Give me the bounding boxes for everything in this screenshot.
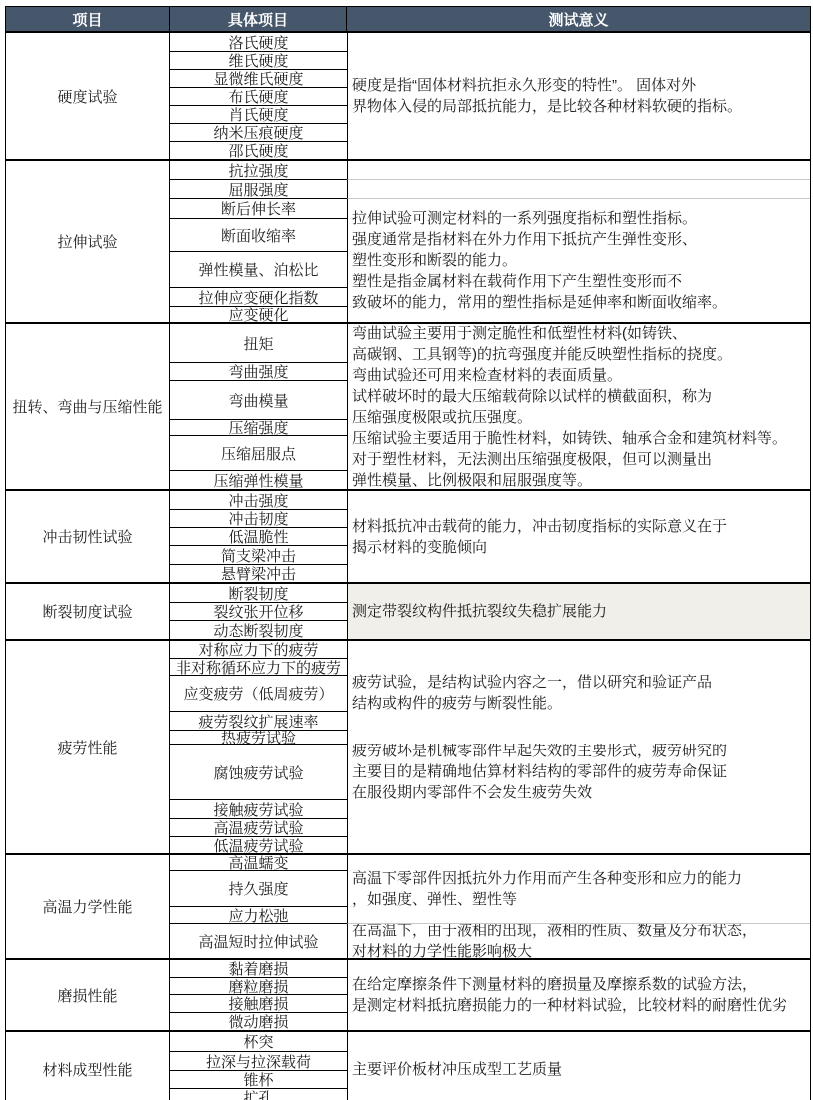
spec-item-cell: 扩孔 [170,1088,347,1100]
meaning-line: 在给定摩擦条件下测量材料的磨损量及摩擦系数的试验方法， [352,974,757,995]
header-cell-test-significance: 测试意义 [347,7,810,31]
spec-item-cell: 悬臂梁冲击 [170,564,347,582]
meaning-cell: 疲劳破坏是机械零部件早起失效的主要形式，疲劳研究的主要目的是精确地估算材料结构的… [347,744,810,799]
meaning-line: 材料抵抗冲击载荷的能力，冲击韧度指标的实际意义在于 [352,516,727,537]
meaning-line: 在服役期内零部件不会发生疲劳失效 [352,782,592,799]
spec-item-cell: 磨粒磨损 [170,977,347,994]
spec-item-cell: 断裂韧度 [170,584,347,602]
meaning-cell [347,799,810,853]
meaning-line: 致破坏的能力，常用的塑性指标是延伸率和断面收缩率。 [352,292,727,313]
spec-item-cell: 压缩弹性模量 [170,470,347,489]
meaning-line: 界物体入侵的局部抵抗能力，是比较各种材料软硬的指标。 [352,96,742,117]
spec-item-cell: 高温蠕变 [170,855,347,870]
spec-item-cell: 接触疲劳试验 [170,799,347,818]
table-header: 项目 具体项目 测试意义 [6,7,810,33]
meaning-cell: 测定带裂纹构件抵抗裂纹失稳扩展能力 [347,584,810,639]
meaning-line: 主要评价板材冲压成型工艺质量 [352,1059,562,1080]
table-section: 拉伸试验抗拉强度屈服强度断后伸长率断面收缩率弹性模量、泊松比拉伸应变硬化指数应变… [6,159,810,322]
spec-item-cell: 布氏硬度 [170,87,347,105]
meaning-line: 是测定材料抵抗磨损能力的一种材料试验，比较材料的耐磨性优劣 [352,995,787,1016]
spec-item-cell: 屈服强度 [170,179,347,198]
spec-item-cell: 拉深与拉深载荷 [170,1051,347,1070]
header-cell-project: 项目 [6,7,170,31]
meaning-line: 疲劳破坏是机械零部件早起失效的主要形式，疲劳研究的 [352,744,727,761]
meaning-line: 揭示材料的变脆倾向 [352,537,487,558]
meaning-line: 弯曲试验主要用于测定脆性和低塑性材料(如铸铁、 [352,324,687,344]
category-cell: 断裂韧度试验 [6,584,170,639]
meaning-line: ，如强度、弹性、塑性等 [352,889,517,910]
spec-item-cell: 微动磨损 [170,1012,347,1030]
spec-item-cell: 断后伸长率 [170,198,347,218]
meaning-cell: 高温下零部件因抵抗外力作用而产生各种变形和应力的能力，如强度、弹性、塑性等 [347,855,810,923]
category-cell: 扭转、弯曲与压缩性能 [6,324,170,489]
table-section: 断裂韧度试验断裂韧度裂纹张开位移动态断裂韧度测定带裂纹构件抵抗裂纹失稳扩展能力 [6,582,810,639]
category-cell: 硬度试验 [6,33,170,159]
spec-item-cell: 接触磨损 [170,994,347,1012]
spec-item-cell: 低温脆性 [170,527,347,545]
category-cell: 材料成型性能 [6,1032,170,1100]
meaning-line: 高碳钢、工具钢等)的抗弯强度并能反映塑性指标的挠度。 [352,344,732,365]
spec-item-cell: 抗拉强度 [170,161,347,179]
table-section: 疲劳性能对称应力下的疲劳非对称循环应力下的疲劳应变疲劳（低周疲劳）疲劳裂纹扩展速… [6,639,810,853]
meaning-line: 拉伸试验可测定材料的一系列强度指标和塑性指标。 [352,208,697,229]
spec-item-cell: 压缩强度 [170,419,347,435]
spec-item-cell: 对称应力下的疲劳 [170,641,347,658]
meaning-line: 在高温下，由于液相的出现，液相的性质、数量及分布状态， [352,923,757,941]
spec-item-cell: 低温疲劳试验 [170,836,347,853]
spec-item-cell: 黏着磨损 [170,960,347,977]
spec-item-cell: 锥杯 [170,1070,347,1088]
category-cell: 冲击韧性试验 [6,491,170,582]
meaning-line: 主要目的是精确地估算材料结构的零部件的疲劳寿命保证 [352,761,727,782]
category-cell: 疲劳性能 [6,641,170,853]
meaning-cell [347,161,810,179]
spec-item-cell: 疲劳裂纹扩展速率 [170,711,347,730]
meaning-line: 塑性是指金属材料在载荷作用下产生塑性变形而不 [352,271,682,292]
spec-item-cell: 腐蚀疲劳试验 [170,744,347,799]
table-section: 硬度试验洛氏硬度维氏硬度显微维氏硬度布氏硬度肖氏硬度纳米压痕硬度邵氏硬度硬度是指… [6,33,810,159]
spec-item-cell: 应变硬化 [170,306,347,322]
meaning-cell: 在给定摩擦条件下测量材料的磨损量及摩擦系数的试验方法，是测定材料抵抗磨损能力的一… [347,960,810,1030]
spec-item-cell: 冲击强度 [170,491,347,509]
meaning-line: 对材料的力学性能影响极大 [352,941,532,958]
table-section: 高温力学性能高温蠕变持久强度应力松弛高温短时拉伸试验高温下零部件因抵抗外力作用而… [6,853,810,958]
meaning-cell: 疲劳试验，是结构试验内容之一，借以研究和验证产品结构或构件的疲劳与断裂性能。 [347,641,810,744]
material-testing-sheet: 项目 具体项目 测试意义 硬度试验洛氏硬度维氏硬度显微维氏硬度布氏硬度肖氏硬度纳… [0,0,813,1100]
table-section: 冲击韧性试验冲击强度冲击韧度低温脆性简支梁冲击悬臂梁冲击材料抵抗冲击载荷的能力，… [6,489,810,582]
spec-item-cell: 杯突 [170,1032,347,1051]
meaning-line: 硬度是指“固体材料抗拒永久形变的特性”。 固体对外 [352,75,696,96]
spec-item-cell: 持久强度 [170,870,347,906]
meaning-cell: 主要评价板材冲压成型工艺质量 [347,1032,810,1100]
spec-item-cell: 高温疲劳试验 [170,818,347,836]
meaning-line: 塑性变形和断裂的能力。 [352,250,517,271]
spec-item-cell: 邵氏硬度 [170,141,347,159]
spec-item-cell: 洛氏硬度 [170,33,347,51]
spec-item-cell: 应力松弛 [170,906,347,923]
meaning-line: 高温下零部件因抵抗外力作用而产生各种变形和应力的能力 [352,868,742,889]
category-cell: 高温力学性能 [6,855,170,958]
spec-item-cell: 简支梁冲击 [170,545,347,564]
spec-item-cell: 弯曲模量 [170,380,347,419]
meaning-cell: 硬度是指“固体材料抗拒永久形变的特性”。 固体对外界物体入侵的局部抵抗能力，是比… [347,33,810,159]
meaning-line: 测定带裂纹构件抵抗裂纹失稳扩展能力 [352,601,607,622]
meaning-cell: 拉伸试验可测定材料的一系列强度指标和塑性指标。强度通常是指材料在外力作用下抵抗产… [347,198,810,322]
meaning-line: 疲劳试验，是结构试验内容之一，借以研究和验证产品 [352,672,712,693]
meaning-line: 强度通常是指材料在外力作用下抵抗产生弹性变形、 [352,229,697,250]
meaning-cell [347,179,810,198]
meaning-line: 弹性模量、比例极限和屈服强度等。 [352,470,592,490]
spec-item-cell: 应变疲劳（低周疲劳） [170,675,347,711]
header-cell-specific-items: 具体项目 [170,7,347,31]
spec-item-cell: 裂纹张开位移 [170,602,347,620]
meaning-line: 结构或构件的疲劳与断裂性能。 [352,693,562,714]
spec-item-cell: 拉伸应变硬化指数 [170,287,347,306]
spec-item-cell: 显微维氏硬度 [170,69,347,87]
spec-item-cell: 热疲劳试验 [170,730,347,744]
spec-item-cell: 压缩屈服点 [170,435,347,470]
meaning-cell: 弯曲试验主要用于测定脆性和低塑性材料(如铸铁、高碳钢、工具钢等)的抗弯强度并能反… [347,324,810,489]
table-body: 硬度试验洛氏硬度维氏硬度显微维氏硬度布氏硬度肖氏硬度纳米压痕硬度邵氏硬度硬度是指… [6,33,810,1100]
spec-item-cell: 纳米压痕硬度 [170,123,347,141]
spec-item-cell: 动态断裂韧度 [170,620,347,639]
meaning-line: 弯曲试验还可用来检查材料的表面质量。 [352,365,622,386]
material-testing-table: 项目 具体项目 测试意义 硬度试验洛氏硬度维氏硬度显微维氏硬度布氏硬度肖氏硬度纳… [5,6,811,1100]
table-section: 磨损性能黏着磨损磨粒磨损接触磨损微动磨损在给定摩擦条件下测量材料的磨损量及摩擦系… [6,958,810,1030]
meaning-line: 试样破坏时的最大压缩载荷除以试样的横截面积，称为 [352,386,712,407]
meaning-line: 对于塑性材料，无法测出压缩强度极限，但可以测量出 [352,449,712,470]
spec-item-cell: 扭矩 [170,324,347,362]
spec-item-cell: 冲击韧度 [170,509,347,527]
spec-item-cell: 弹性模量、泊松比 [170,251,347,287]
table-section: 扭转、弯曲与压缩性能扭矩弯曲强度弯曲模量压缩强度压缩屈服点压缩弹性模量弯曲试验主… [6,322,810,489]
meaning-cell: 材料抵抗冲击载荷的能力，冲击韧度指标的实际意义在于揭示材料的变脆倾向 [347,491,810,582]
table-section: 材料成型性能杯突拉深与拉深载荷锥杯扩孔主要评价板材冲压成型工艺质量 [6,1030,810,1100]
spec-item-cell: 非对称循环应力下的疲劳 [170,658,347,675]
meaning-line: 压缩强度极限或抗压强度。 [352,407,532,428]
spec-item-cell: 肖氏硬度 [170,105,347,123]
spec-item-cell: 高温短时拉伸试验 [170,923,347,958]
spec-item-cell: 维氏硬度 [170,51,347,69]
category-cell: 磨损性能 [6,960,170,1030]
meaning-line: 压缩试验主要适用于脆性材料，如铸铁、轴承合金和建筑材料等。 [352,428,787,449]
spec-item-cell: 断面收缩率 [170,218,347,251]
meaning-cell: 在高温下，由于液相的出现，液相的性质、数量及分布状态，对材料的力学性能影响极大 [347,923,810,958]
category-cell: 拉伸试验 [6,161,170,322]
spec-item-cell: 弯曲强度 [170,362,347,380]
